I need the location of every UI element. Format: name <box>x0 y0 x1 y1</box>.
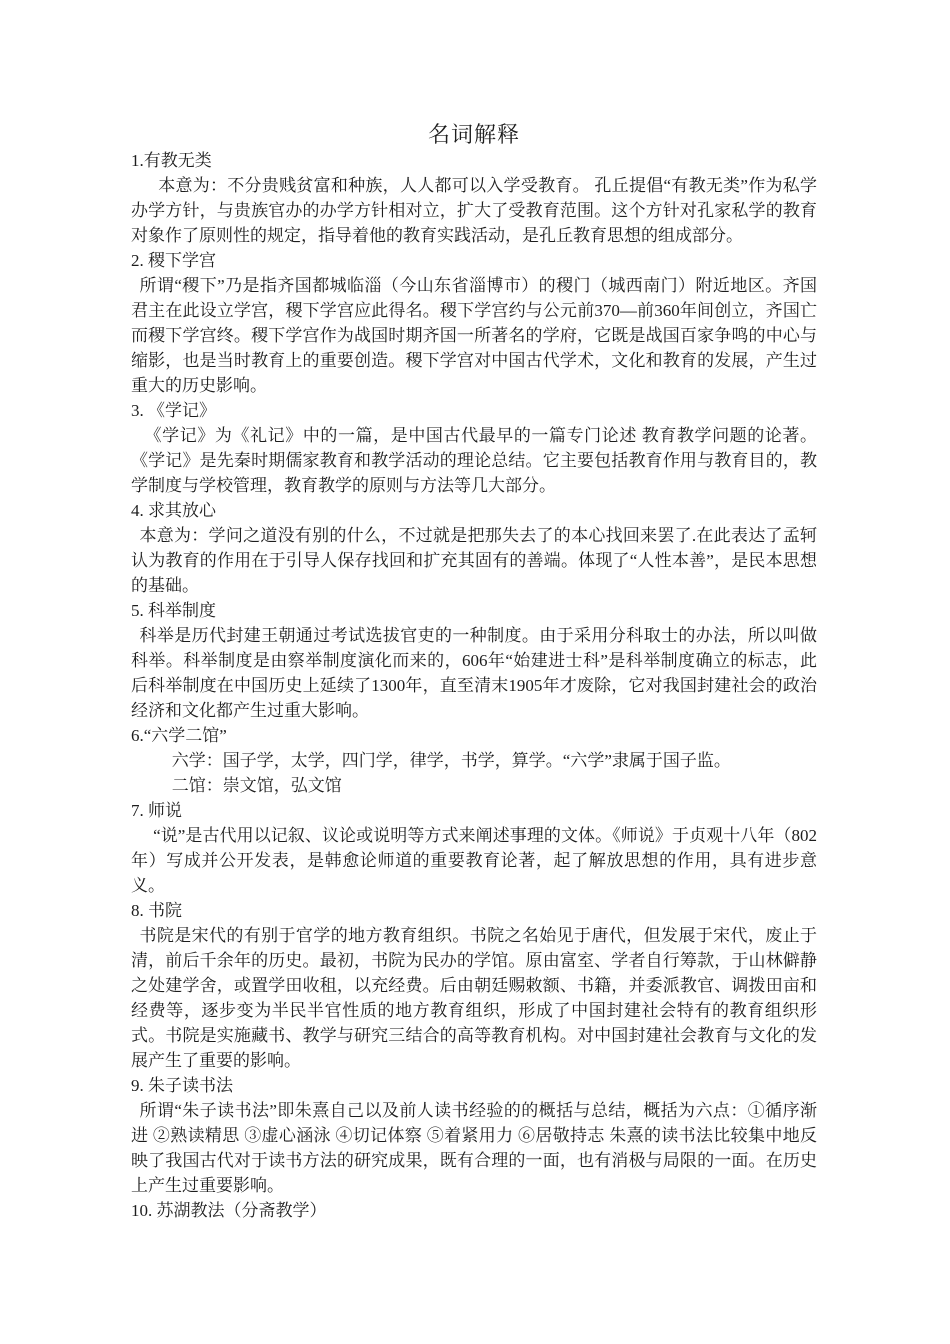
term-definition: 所谓“朱子读书法”即朱熹自己以及前人读书经验的的概括与总结，概括为六点：①循序渐… <box>131 1098 817 1198</box>
document-title: 名词解释 <box>131 122 817 148</box>
term-heading: 1.有教无类 <box>131 148 817 173</box>
term-heading: 2. 稷下学宫 <box>131 248 817 273</box>
term-item-4: 4. 求其放心 本意为：学问之道没有别的什么，不过就是把那失去了的本心找回来罢了… <box>131 498 817 598</box>
term-definition: 科举是历代封建王朝通过考试选拔官吏的一种制度。由于采用分科取士的办法，所以叫做科… <box>131 623 817 723</box>
term-item-10: 10. 苏湖教法（分斋教学） <box>131 1198 817 1223</box>
term-definition: 书院是宋代的有别于官学的地方教育组织。书院之名始见于唐代，但发展于宋代，废止于清… <box>131 923 817 1073</box>
term-heading: 3. 《学记》 <box>131 398 817 423</box>
term-definition: 六学：国子学，太学，四门学，律学，书学，算学。“六学”隶属于国子监。 <box>131 748 817 773</box>
term-definition: 二馆：崇文馆，弘文馆 <box>131 773 817 798</box>
term-definition: 《学记》为《礼记》中的一篇，是中国古代最早的一篇专门论述 教育教学问题的论著。《… <box>131 423 817 498</box>
term-item-6: 6.“六学二馆” 六学：国子学，太学，四门学，律学，书学，算学。“六学”隶属于国… <box>131 723 817 798</box>
term-heading: 5. 科举制度 <box>131 598 817 623</box>
term-definition: “说”是古代用以记叙、议论或说明等方式来阐述事理的文体。《师说》于贞观十八年（8… <box>131 823 817 898</box>
term-heading: 4. 求其放心 <box>131 498 817 523</box>
term-item-1: 1.有教无类 本意为：不分贵贱贫富和种族，人人都可以入学受教育。 孔丘提倡“有教… <box>131 148 817 248</box>
document-page: 名词解释 1.有教无类 本意为：不分贵贱贫富和种族，人人都可以入学受教育。 孔丘… <box>0 0 950 1344</box>
term-definition: 本意为：学问之道没有别的什么，不过就是把那失去了的本心找回来罢了.在此表达了孟轲… <box>131 523 817 598</box>
term-item-3: 3. 《学记》 《学记》为《礼记》中的一篇，是中国古代最早的一篇专门论述 教育教… <box>131 398 817 498</box>
term-heading: 10. 苏湖教法（分斋教学） <box>131 1198 817 1223</box>
document-body: 1.有教无类 本意为：不分贵贱贫富和种族，人人都可以入学受教育。 孔丘提倡“有教… <box>131 148 817 1223</box>
term-heading: 9. 朱子读书法 <box>131 1073 817 1098</box>
term-item-2: 2. 稷下学宫 所谓“稷下”乃是指齐国都城临淄（今山东省淄博市）的稷门（城西南门… <box>131 248 817 398</box>
term-heading: 6.“六学二馆” <box>131 723 817 748</box>
term-definition: 所谓“稷下”乃是指齐国都城临淄（今山东省淄博市）的稷门（城西南门）附近地区。齐国… <box>131 273 817 398</box>
term-heading: 8. 书院 <box>131 898 817 923</box>
term-item-8: 8. 书院 书院是宋代的有别于官学的地方教育组织。书院之名始见于唐代，但发展于宋… <box>131 898 817 1073</box>
term-item-5: 5. 科举制度 科举是历代封建王朝通过考试选拔官吏的一种制度。由于采用分科取士的… <box>131 598 817 723</box>
term-heading: 7. 师说 <box>131 798 817 823</box>
term-item-9: 9. 朱子读书法 所谓“朱子读书法”即朱熹自己以及前人读书经验的的概括与总结，概… <box>131 1073 817 1198</box>
term-definition: 本意为：不分贵贱贫富和种族，人人都可以入学受教育。 孔丘提倡“有教无类”作为私学… <box>131 173 817 248</box>
term-item-7: 7. 师说 “说”是古代用以记叙、议论或说明等方式来阐述事理的文体。《师说》于贞… <box>131 798 817 898</box>
